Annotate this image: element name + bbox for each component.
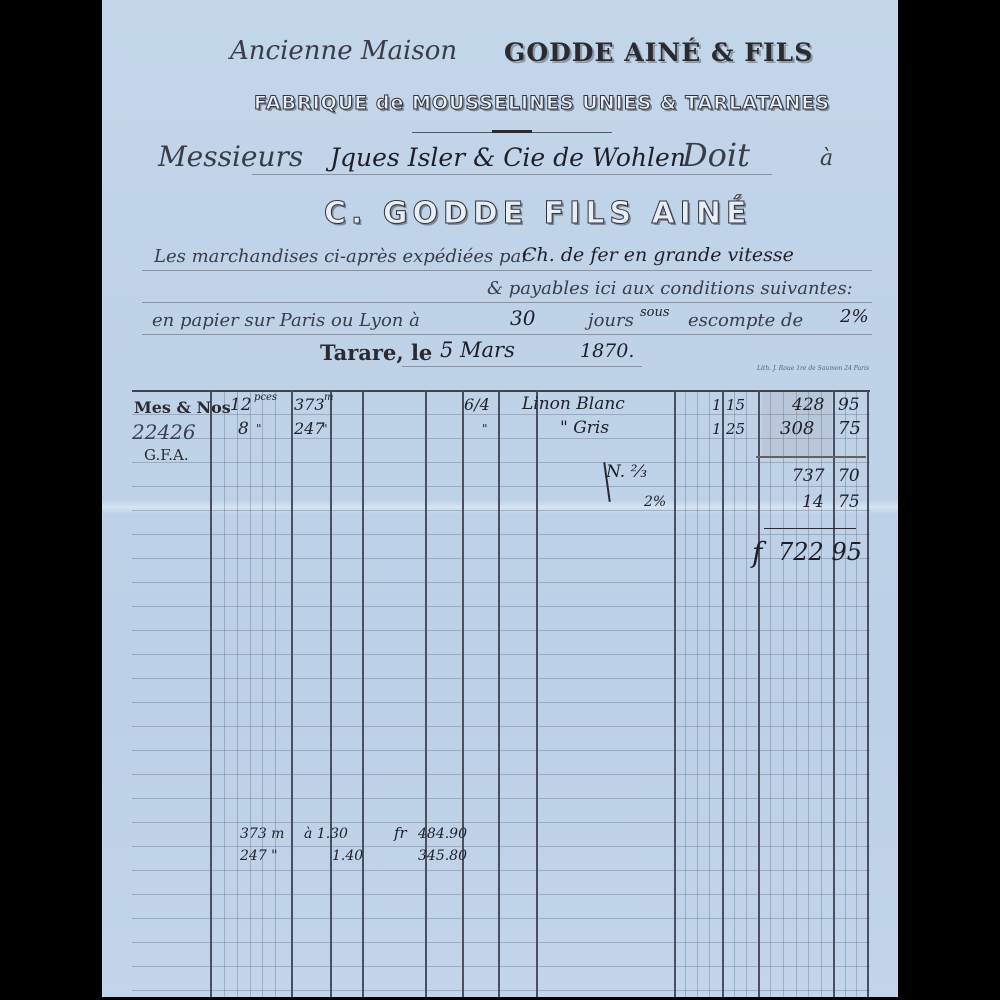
paper-fold xyxy=(102,500,898,514)
ledger-column-rule xyxy=(833,391,835,997)
terms-sous: sous xyxy=(640,305,670,320)
item2-price-c: 25 xyxy=(726,420,745,438)
item2-width: " xyxy=(482,422,488,436)
place-label: Tarare, le xyxy=(320,340,432,365)
discount-c: 75 xyxy=(838,492,860,512)
ledger-subcolumn-rule xyxy=(746,391,747,997)
ledger-column-rule xyxy=(536,391,538,997)
trade-line: FABRIQUE de MOUSSELINES UNIES & TARLATAN… xyxy=(254,92,830,114)
marks-number: 22426 xyxy=(132,420,196,444)
item1-total-c: 95 xyxy=(838,395,860,415)
ledger-subcolumn-rule xyxy=(224,391,225,997)
subtotal-rule xyxy=(756,456,866,458)
ledger-column-rule xyxy=(462,391,464,997)
ledger-subcolumn-rule xyxy=(685,391,686,997)
terms-line1-rule xyxy=(142,270,872,271)
company-name: C. GODDE FILS AINÉ xyxy=(324,196,752,231)
note1-qty: 373 m xyxy=(240,826,284,842)
item2-price-fr: 1 xyxy=(712,420,722,438)
item2-description: " Gris xyxy=(560,418,609,438)
date-value: 5 Mars xyxy=(440,338,515,362)
item1-description: Linon Blanc xyxy=(522,394,625,414)
subtotal-fr: 737 xyxy=(792,466,824,486)
marks-label: Mes & Nos xyxy=(134,398,231,417)
discount-rate: 2% xyxy=(840,306,869,327)
ledger-subcolumn-rule xyxy=(250,391,251,997)
item1-price-fr: 1 xyxy=(712,396,722,414)
salutation: Messieurs xyxy=(158,140,303,173)
terms-line3-printed-a: en papier sur Paris ou Lyon à xyxy=(152,310,420,331)
note1-amount: 484.90 xyxy=(418,826,467,842)
addressee-name: Jques Isler & Cie de Wohlen xyxy=(330,143,686,172)
subtotal-label: N. ⅔ xyxy=(606,462,647,482)
terms-line2: & payables ici aux conditions suivantes: xyxy=(487,278,853,299)
terms-line3-rule xyxy=(142,334,872,335)
year-value: 1870. xyxy=(580,340,634,362)
payment-days: 30 xyxy=(510,306,535,330)
net-total: 722 95 xyxy=(778,538,862,566)
ledger-subcolumn-rule xyxy=(275,391,276,997)
item1-length: 373 xyxy=(294,395,325,414)
item2-total-fr: 308 xyxy=(780,418,814,439)
item2-unit: " xyxy=(256,422,262,436)
item1-pieces: 12 xyxy=(230,395,252,415)
ledger-column-rule xyxy=(330,391,332,997)
ledger-column-rule xyxy=(291,391,293,997)
terms-line2-rule xyxy=(142,302,872,303)
discount-label: 2% xyxy=(644,494,666,510)
net-total-rule xyxy=(764,528,856,529)
item2-total-c: 75 xyxy=(838,418,861,439)
note1-currency: fr xyxy=(394,824,407,842)
item2-pieces: 8 xyxy=(238,419,249,439)
ledger-column-rule xyxy=(362,391,364,997)
date-underline xyxy=(402,366,642,367)
ledger-subcolumn-rule xyxy=(783,391,784,997)
item1-unit: pces xyxy=(254,392,277,403)
item1-length-unit: m xyxy=(324,392,333,403)
ledger-subcolumn-rule xyxy=(709,391,710,997)
item1-price-c: 15 xyxy=(726,396,745,414)
ledger-column-rule xyxy=(498,391,500,997)
ledger-column-rule xyxy=(425,391,427,997)
ledger-subcolumn-rule xyxy=(734,391,735,997)
ornament-rule-center xyxy=(492,130,532,133)
ledger-column-rule xyxy=(210,391,212,997)
ledger-subcolumn-rule xyxy=(770,391,771,997)
item1-width: 6/4 xyxy=(464,395,490,414)
terms-line3-printed-c: escompte de xyxy=(688,310,803,331)
to-word: à xyxy=(820,146,833,171)
invoice-paper: Ancienne Maison GODDE AINÉ & FILS FABRIQ… xyxy=(102,0,898,997)
note1-rate: à 1.30 xyxy=(304,826,348,842)
addressee-underline xyxy=(252,174,772,175)
terms-line1-printed: Les marchandises ci-après expédiées par xyxy=(154,246,530,267)
ledger-column-rule xyxy=(758,391,760,997)
discount-fr: 14 xyxy=(802,492,824,512)
ledger-subcolumn-rule xyxy=(697,391,698,997)
net-symbol: f xyxy=(752,536,762,569)
ledger-column-rule xyxy=(722,391,724,997)
ledger-column-rule xyxy=(674,391,676,997)
printer-credit: Lith. J. Roue 1re de Saumon 24 Paris xyxy=(757,365,869,372)
ledger-subcolumn-rule xyxy=(237,391,238,997)
marks-initials: G.F.A. xyxy=(144,446,189,464)
terms-line3-printed-b: jours xyxy=(588,310,634,331)
former-house-name: GODDE AINÉ & FILS xyxy=(504,38,813,67)
note2-qty: 247 " xyxy=(240,848,278,864)
note2-rate: 1.40 xyxy=(332,848,363,864)
item1-total-fr: 428 xyxy=(792,395,824,415)
note2-amount: 345.80 xyxy=(418,848,467,864)
ledger-subcolumn-rule xyxy=(262,391,263,997)
item2-length-unit: " xyxy=(322,422,328,436)
debit-word: Doit xyxy=(682,136,750,174)
ledger-column-rule xyxy=(867,391,869,997)
subtotal-c: 70 xyxy=(838,466,860,486)
item2-length: 247 xyxy=(294,419,325,438)
shipping-method: Ch. de fer en grande vitesse xyxy=(522,244,794,266)
former-house-script: Ancienne Maison xyxy=(230,36,457,66)
